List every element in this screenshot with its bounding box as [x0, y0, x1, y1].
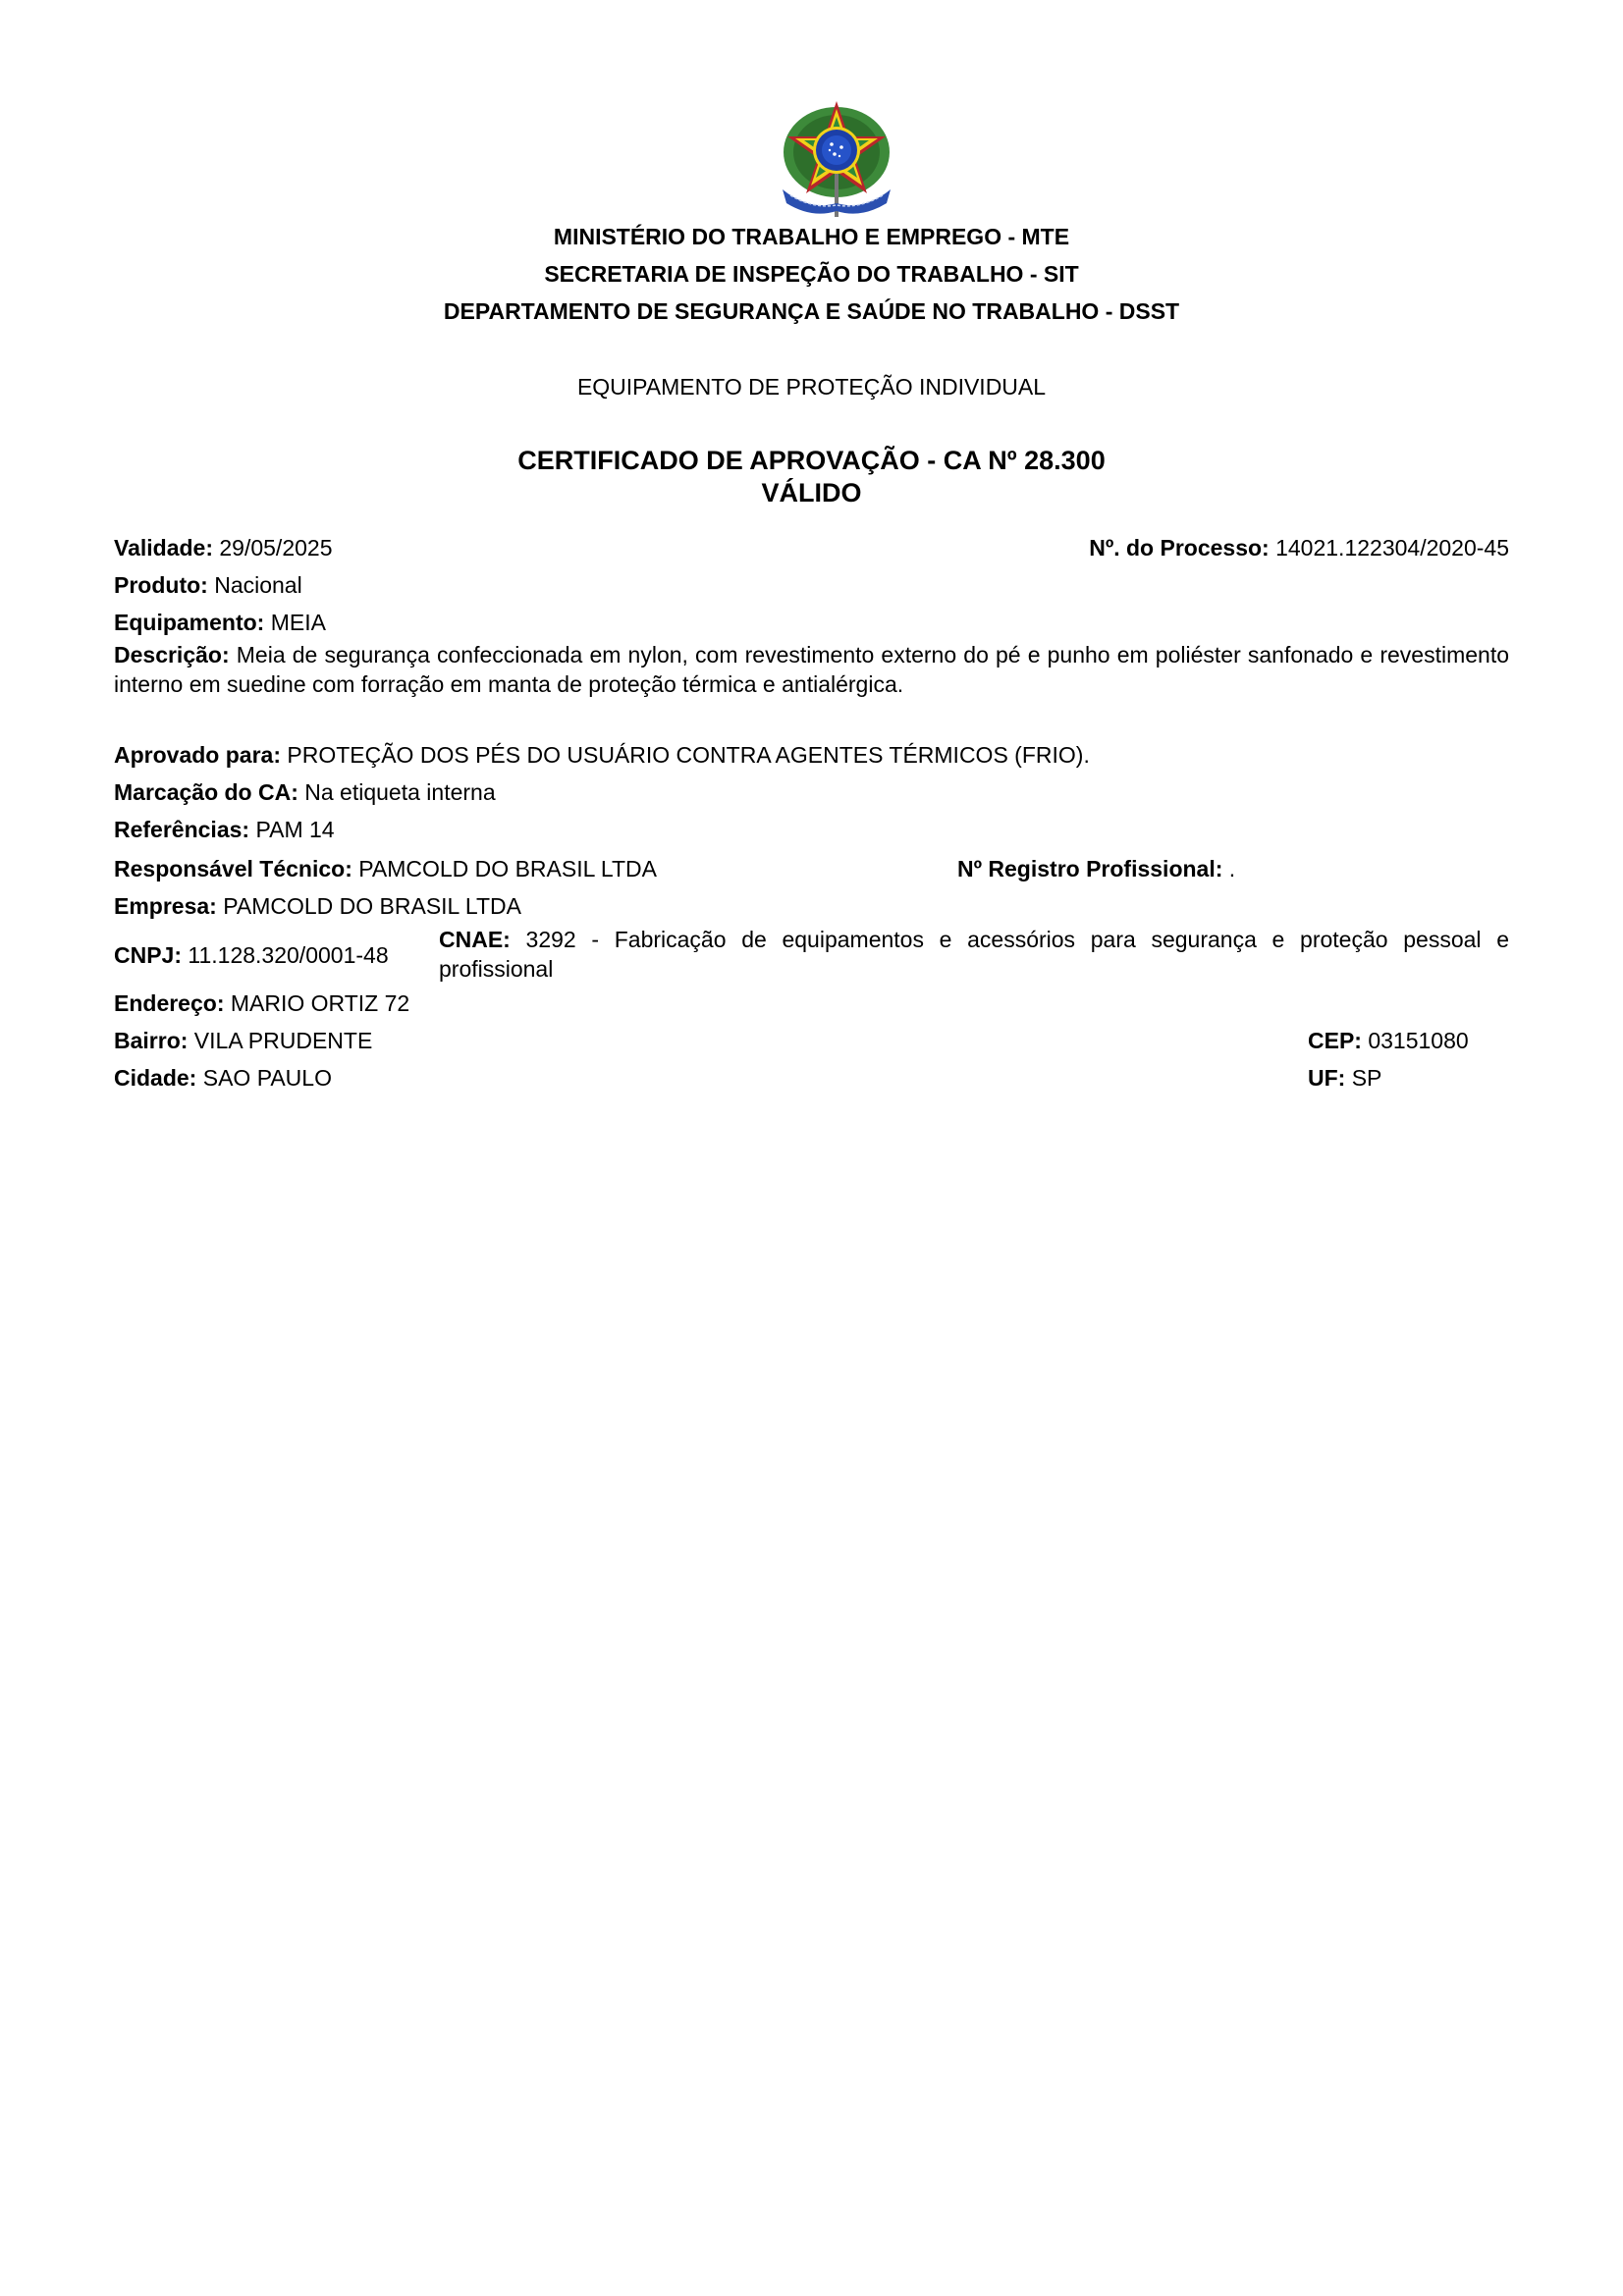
field-label: Cidade:	[114, 1065, 196, 1091]
field-label: Validade:	[114, 535, 213, 561]
field-uf: UF: SP	[1308, 1063, 1381, 1093]
field-label: Produto:	[114, 572, 208, 598]
secretariat-heading: SECRETARIA DE INSPEÇÃO DO TRABALHO - SIT	[0, 261, 1623, 288]
field-value: .	[1229, 856, 1235, 881]
certificate-title: CERTIFICADO DE APROVAÇÃO - CA Nº 28.300	[0, 446, 1623, 476]
field-value: Nacional	[214, 572, 302, 598]
field-aprovado-para: Aprovado para: PROTEÇÃO DOS PÉS DO USUÁR…	[114, 740, 1090, 770]
field-value: SAO PAULO	[203, 1065, 332, 1091]
field-endereco: Endereço: MARIO ORTIZ 72	[114, 988, 409, 1018]
field-label: Equipamento:	[114, 610, 264, 635]
field-value: PROTEÇÃO DOS PÉS DO USUÁRIO CONTRA AGENT…	[287, 742, 1089, 768]
field-validade: Validade: 29/05/2025	[114, 533, 333, 562]
field-value: Na etiqueta interna	[304, 779, 495, 805]
field-label: Empresa:	[114, 893, 217, 919]
field-value: PAM 14	[255, 817, 334, 842]
field-cidade: Cidade: SAO PAULO	[114, 1063, 332, 1093]
field-label: CNPJ:	[114, 942, 182, 968]
field-label: Responsável Técnico:	[114, 856, 352, 881]
field-marcacao: Marcação do CA: Na etiqueta interna	[114, 777, 496, 807]
field-bairro: Bairro: VILA PRUDENTE	[114, 1026, 372, 1055]
field-value: 14021.122304/2020-45	[1275, 535, 1509, 561]
field-value: 11.128.320/0001-48	[188, 942, 388, 968]
field-label: Bairro:	[114, 1028, 188, 1053]
field-registro: Nº Registro Profissional: .	[957, 854, 1235, 883]
field-label: Nº Registro Profissional:	[957, 856, 1222, 881]
field-value: VILA PRUDENTE	[194, 1028, 373, 1053]
ministry-heading: MINISTÉRIO DO TRABALHO E EMPREGO - MTE	[0, 224, 1623, 250]
field-cep: CEP: 03151080	[1308, 1026, 1469, 1055]
field-cnae: CNAE: 3292 - Fabricação de equipamentos …	[439, 925, 1509, 984]
field-responsavel: Responsável Técnico: PAMCOLD DO BRASIL L…	[114, 854, 657, 883]
field-value: PAMCOLD DO BRASIL LTDA	[223, 893, 521, 919]
field-processo: Nº. do Processo: 14021.122304/2020-45	[1089, 533, 1509, 562]
field-value: 03151080	[1368, 1028, 1468, 1053]
field-value: PAMCOLD DO BRASIL LTDA	[358, 856, 657, 881]
field-label: CEP:	[1308, 1028, 1362, 1053]
certificate-page: MINISTÉRIO DO TRABALHO E EMPREGO - MTE S…	[0, 0, 1623, 2296]
field-label: CNAE:	[439, 927, 511, 952]
brazil-coat-of-arms-icon	[775, 93, 898, 221]
field-label: Referências:	[114, 817, 249, 842]
field-label: Aprovado para:	[114, 742, 281, 768]
certificate-status: VÁLIDO	[0, 478, 1623, 508]
field-value: SP	[1352, 1065, 1382, 1091]
field-label: UF:	[1308, 1065, 1345, 1091]
field-equipamento: Equipamento: MEIA	[114, 608, 326, 637]
field-produto: Produto: Nacional	[114, 570, 302, 600]
field-cnpj: CNPJ: 11.128.320/0001-48	[114, 940, 389, 970]
field-value: 3292 - Fabricação de equipamentos e aces…	[439, 927, 1509, 982]
document-subtitle: EQUIPAMENTO DE PROTEÇÃO INDIVIDUAL	[0, 374, 1623, 400]
field-value: Meia de segurança confeccionada em nylon…	[114, 642, 1509, 697]
field-value: 29/05/2025	[219, 535, 332, 561]
field-label: Nº. do Processo:	[1089, 535, 1270, 561]
field-referencias: Referências: PAM 14	[114, 815, 335, 844]
field-value: MARIO ORTIZ 72	[231, 990, 409, 1016]
field-descricao: Descrição: Meia de segurança confecciona…	[114, 640, 1509, 699]
department-heading: DEPARTAMENTO DE SEGURANÇA E SAÚDE NO TRA…	[0, 298, 1623, 325]
field-label: Marcação do CA:	[114, 779, 298, 805]
field-value: MEIA	[271, 610, 326, 635]
field-label: Endereço:	[114, 990, 224, 1016]
field-empresa: Empresa: PAMCOLD DO BRASIL LTDA	[114, 891, 521, 921]
field-label: Descrição:	[114, 642, 230, 667]
